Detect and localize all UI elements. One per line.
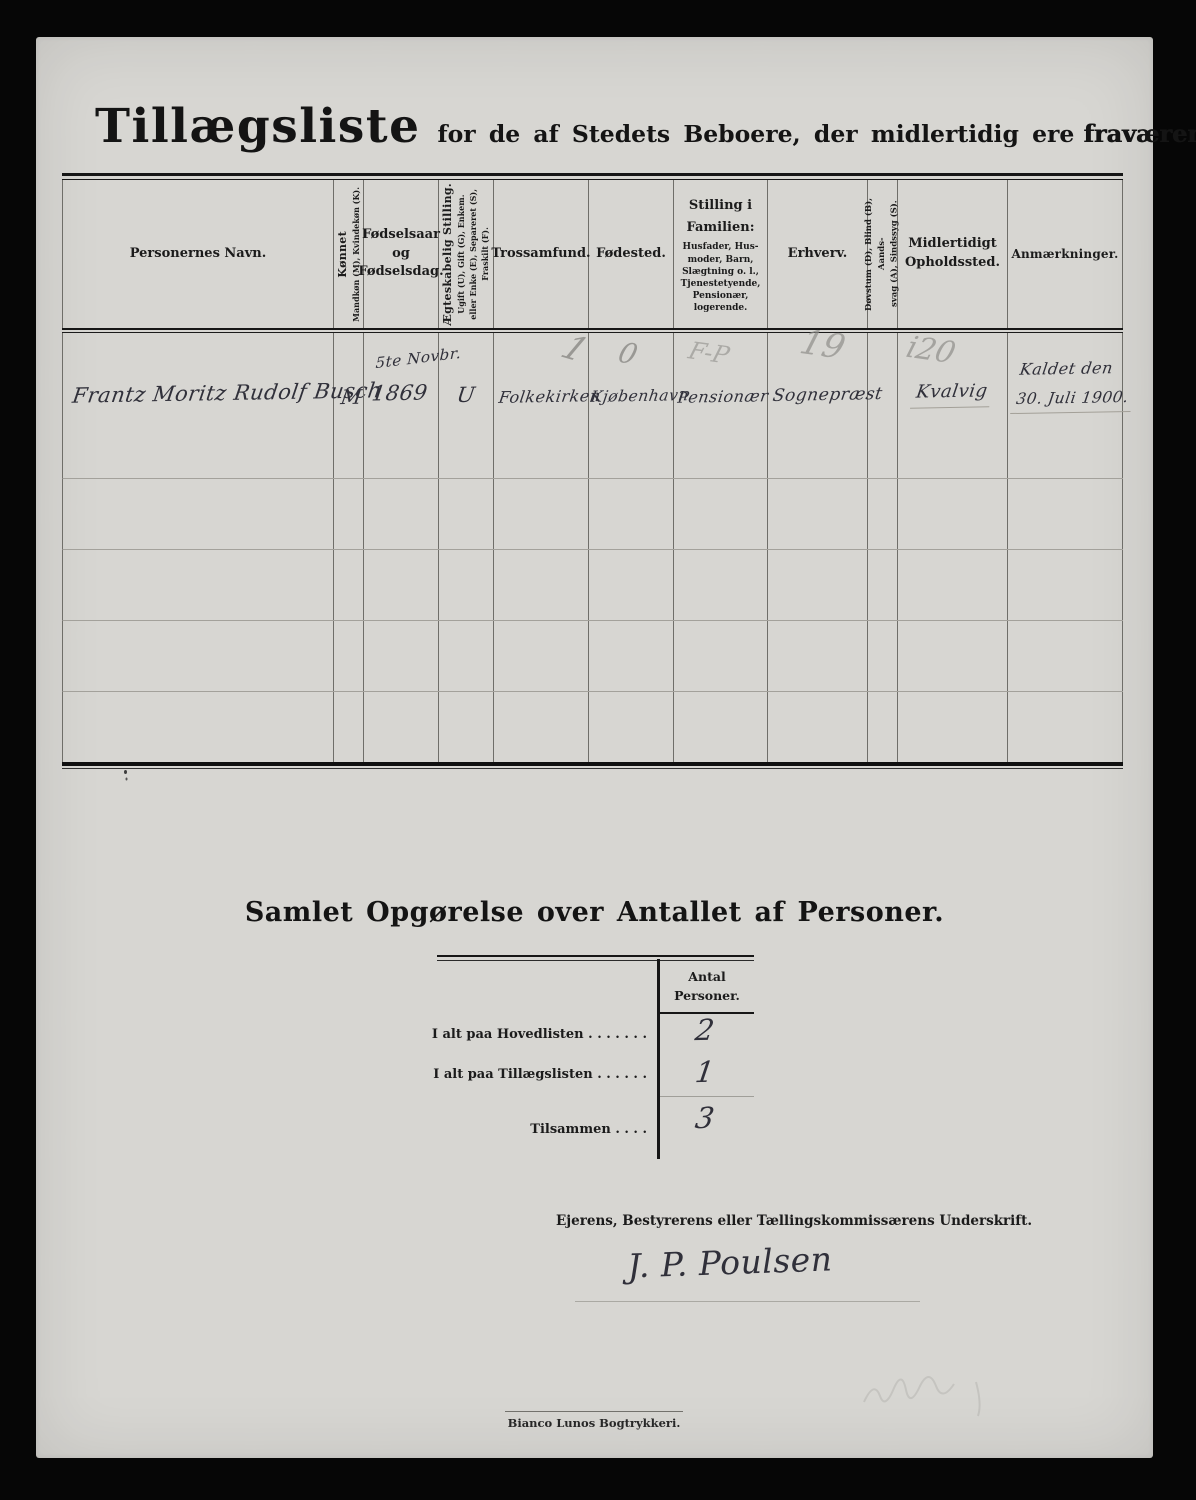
empty-cell — [439, 621, 494, 691]
table-top-rule — [62, 173, 1123, 180]
header-family-position-sublabel: Husfader, Hus- moder, Barn, Slægtning o.… — [681, 241, 761, 314]
header-marital-sublabel: Ugift (U), Gift (G), Enkem. eller Enke (… — [455, 189, 491, 320]
summary-top-rule — [437, 955, 754, 961]
header-disabilities-label: Døvstum (D), Blind (B), Aands- svag (A),… — [863, 180, 901, 328]
empty-cell — [334, 550, 364, 620]
summary-label-tillaegslisten: I alt paa Tillægslisten . . . . . . — [387, 1067, 647, 1082]
empty-cell — [674, 479, 768, 549]
header-birthplace-label: Fødested. — [596, 245, 666, 264]
empty-cell — [589, 621, 674, 691]
cell-birthdate: 5te Novbr. 1869 — [364, 333, 439, 478]
empty-cell — [1008, 479, 1123, 549]
empty-cell — [439, 692, 494, 762]
signature-value: J. P. Poulsen — [579, 1238, 880, 1287]
empty-table-row — [62, 691, 1123, 762]
header-birthdate-label: Fødselsaar og Fødselsdag. — [358, 226, 443, 283]
empty-cell — [589, 479, 674, 549]
page-title: Tillægsliste for de af Stedets Beboere, … — [95, 99, 1105, 154]
summary-table: Antal Personer. I alt paa Hovedlisten . … — [437, 955, 754, 1165]
header-marital-vertical: Ægteskabelig Stilling. Ugift (U), Gift (… — [441, 180, 491, 328]
header-birthplace: Fødested. — [589, 180, 674, 328]
empty-cell — [768, 692, 868, 762]
empty-table-row — [62, 478, 1123, 549]
table-header-row: Personernes Navn. Kønnet Mandkøn (M), Kv… — [62, 180, 1123, 328]
empty-cell — [589, 692, 674, 762]
header-sex-label: Kønnet — [336, 231, 349, 278]
empty-cell — [768, 479, 868, 549]
empty-cell — [898, 621, 1008, 691]
signature-line — [575, 1301, 920, 1302]
summary-col-header: Antal Personer. — [660, 968, 754, 1006]
empty-cell — [494, 692, 589, 762]
empty-cell — [334, 692, 364, 762]
header-marital-label: Ægteskabelig Stilling. — [441, 183, 454, 326]
header-occupation: Erhverv. — [768, 180, 868, 328]
printer-imprint: Bianco Lunos Bogtrykkeri. — [505, 1411, 683, 1430]
empty-cell — [63, 550, 334, 620]
header-temporary-residence: Midlertidigt Opholdssted. — [898, 180, 1008, 328]
header-faith-label: Trossamfund. — [491, 245, 590, 264]
summary-label-hovedlisten: I alt paa Hovedlisten . . . . . . . — [387, 1027, 647, 1042]
summary-value-tilsammen: 3 — [657, 1100, 752, 1136]
empty-cell — [364, 550, 439, 620]
summary-value-tillaegslisten: 1 — [657, 1054, 752, 1090]
empty-cell — [868, 692, 898, 762]
empty-cell — [63, 692, 334, 762]
header-occupation-label: Erhverv. — [788, 245, 848, 264]
empty-cell — [674, 692, 768, 762]
empty-cell — [589, 550, 674, 620]
cell-marital: U — [439, 333, 494, 478]
empty-cell — [364, 621, 439, 691]
empty-cell — [1008, 692, 1123, 762]
value-sex: M — [339, 385, 363, 409]
faint-scribble — [856, 1362, 1056, 1437]
value-family-position: Pensionær — [677, 386, 770, 407]
census-form-page: Tillægsliste for de af Stedets Beboere, … — [36, 37, 1153, 1458]
empty-cell — [364, 692, 439, 762]
empty-cell — [1008, 621, 1123, 691]
empty-cell — [898, 692, 1008, 762]
empty-table-row — [62, 620, 1123, 691]
empty-cell — [439, 479, 494, 549]
empty-cell — [439, 550, 494, 620]
value-temporary-residence: Kvalvig — [910, 380, 993, 408]
empty-cell — [898, 479, 1008, 549]
page-title-main: Tillægsliste — [95, 99, 420, 154]
header-remarks-label: Anmærkninger. — [1011, 247, 1118, 261]
header-family-position-block: Stilling i Familien: Husfader, Hus- mode… — [681, 194, 761, 315]
empty-cell — [364, 479, 439, 549]
header-disabilities-vertical: Døvstum (D), Blind (B), Aands- svag (A),… — [863, 180, 901, 328]
pencil-mark-fp: F-P — [685, 337, 732, 370]
empty-cell — [768, 550, 868, 620]
empty-cell — [868, 479, 898, 549]
header-disabilities: Døvstum (D), Blind (B), Aands- svag (A),… — [868, 180, 898, 328]
empty-cell — [768, 621, 868, 691]
cell-disabilities — [868, 333, 898, 478]
header-remarks: Anmærkninger. — [1008, 180, 1123, 328]
empty-cell — [334, 621, 364, 691]
value-remarks-line1: Kaldet den — [1019, 358, 1115, 379]
empty-cell — [494, 550, 589, 620]
empty-cell — [63, 479, 334, 549]
header-family-position-label: Stilling i Familien: — [686, 198, 754, 235]
value-remarks-line2: 30. Juli 1900. — [1010, 388, 1134, 414]
summary-label-tilsammen: Tilsammen . . . . — [387, 1122, 647, 1137]
empty-cell — [1008, 550, 1123, 620]
header-marital: Ægteskabelig Stilling. Ugift (U), Gift (… — [439, 180, 494, 328]
empty-cell — [494, 621, 589, 691]
empty-table-row — [62, 549, 1123, 620]
empty-cell — [674, 621, 768, 691]
page-title-rest: for de af Stedets Beboere, der midlertid… — [437, 119, 1196, 148]
empty-cell — [494, 479, 589, 549]
cell-remarks: Kaldet den 30. Juli 1900. — [1008, 333, 1123, 478]
empty-cell — [898, 550, 1008, 620]
table-row: Frantz Moritz Rudolf Busch M 5te Novbr. … — [62, 333, 1123, 478]
empty-cell — [868, 550, 898, 620]
cell-name: Frantz Moritz Rudolf Busch — [63, 333, 334, 478]
header-birthdate: Fødselsaar og Fødselsdag. — [364, 180, 439, 328]
header-name: Personernes Navn. — [63, 180, 334, 328]
value-occupation: Sognepræst — [771, 384, 883, 406]
header-faith: Trossamfund. — [494, 180, 589, 328]
pencil-mark-i20: i20 — [902, 330, 959, 371]
cell-sex: M — [334, 333, 364, 478]
empty-cell — [674, 550, 768, 620]
value-faith: Folkekirken — [498, 386, 603, 407]
summary-value-hovedlisten: 2 — [657, 1012, 752, 1048]
header-temporary-residence-label: Midlertidigt Opholdssted. — [905, 235, 1000, 273]
page-title-emphasis: fraværende. — [1083, 119, 1196, 148]
value-marital: U — [455, 383, 477, 407]
header-name-label: Personernes Navn. — [130, 245, 267, 264]
summary-title: Samlet Opgørelse over Antallet af Person… — [36, 897, 1153, 928]
absentees-table: Personernes Navn. Kønnet Mandkøn (M), Kv… — [62, 173, 1123, 769]
empty-cell — [63, 621, 334, 691]
signature-label: Ejerens, Bestyrerens eller Tællingskommi… — [556, 1213, 948, 1229]
header-family-position: Stilling i Familien: Husfader, Hus- mode… — [674, 180, 768, 328]
value-birth-year: 1869 — [370, 381, 429, 406]
summary-thin-rule — [660, 1096, 754, 1097]
ink-spot — [124, 770, 127, 774]
page-title-rest-text: for de af Stedets Beboere, der midlertid… — [437, 120, 1074, 148]
table-bottom-rule — [62, 762, 1123, 769]
empty-cell — [868, 621, 898, 691]
empty-cell — [334, 479, 364, 549]
